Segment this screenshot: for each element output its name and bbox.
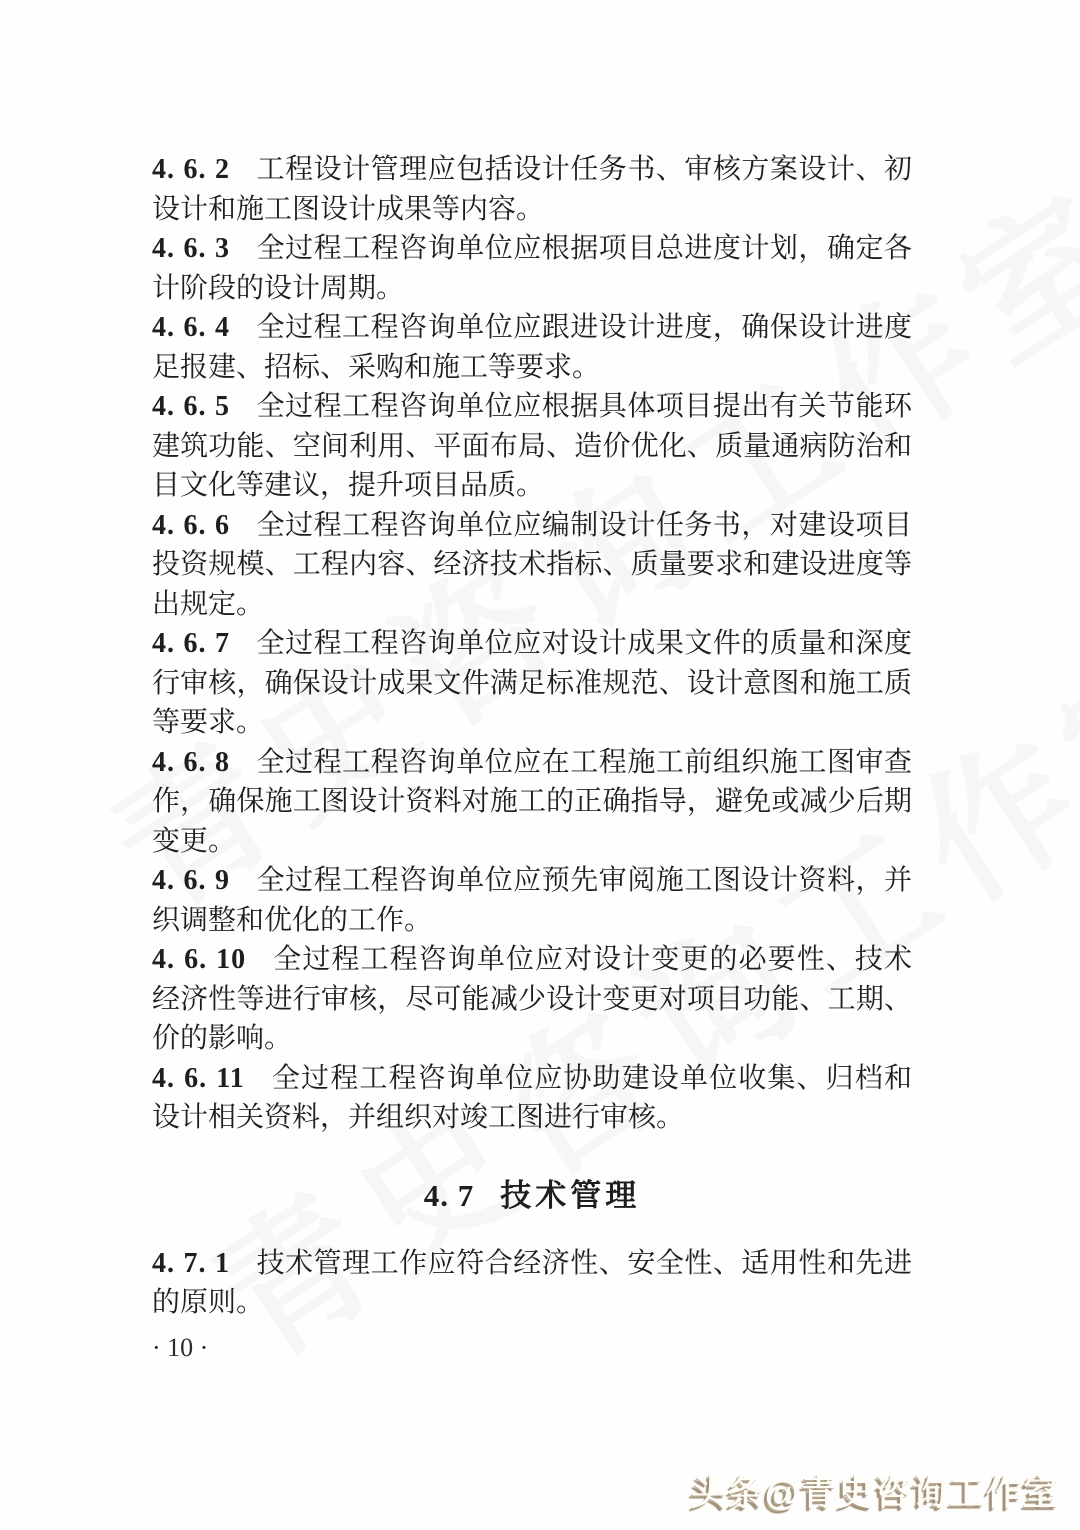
clause-number: 4. 6. 4 [152,312,256,343]
clause-4-6-10: 4. 6. 10全过程工程咨询单位应对设计变更的必要性、技术性、经济性等进行审核… [152,940,912,1059]
clause-line: 价的影响。 [152,1019,912,1059]
clause-line: 出规定。 [152,585,912,625]
clause-number: 4. 6. 9 [152,865,256,896]
clause-line: 4. 6. 10全过程工程咨询单位应对设计变更的必要性、技术性、 [152,940,912,980]
section-title: 技术管理 [500,1178,640,1213]
clause-number: 4. 6. 5 [152,391,256,422]
clause-line: 4. 6. 7全过程工程咨询单位应对设计成果文件的质量和深度进 [152,624,912,664]
clause-line: 等要求。 [152,703,912,743]
clause-number: 4. 6. 3 [152,233,256,264]
clause-line: 4. 6. 6全过程工程咨询单位应编制设计任务书，对建设项目的 [152,506,912,546]
clause-number: 4. 6. 10 [152,944,272,975]
document-body: 4. 6. 2工程设计管理应包括设计任务书、审核方案设计、初步设计和施工图设计成… [152,150,912,1363]
section-number: 4. 7 [424,1178,475,1213]
clause-line: 4. 7. 1技术管理工作应符合经济性、安全性、适用性和先进性 [152,1244,912,1284]
clause-line: 设计相关资料，并组织对竣工图进行审核。 [152,1098,912,1138]
clause-number: 4. 6. 8 [152,747,256,778]
clause-line: 经济性等进行审核，尽可能减少设计变更对项目功能、工期、造 [152,980,912,1020]
clause-line: 4. 6. 11全过程工程咨询单位应协助建设单位收集、归档和储存 [152,1059,912,1099]
clause-line: 计阶段的设计周期。 [152,269,912,309]
section-heading: 4. 7技术管理 [152,1174,912,1218]
clause-4-6-6: 4. 6. 6全过程工程咨询单位应编制设计任务书，对建设项目的投资规模、工程内容… [152,506,912,625]
clause-number: 4. 7. 1 [152,1248,256,1279]
clause-4-6-9: 4. 6. 9全过程工程咨询单位应预先审阅施工图设计资料，并组织调整和优化的工作… [152,861,912,940]
clause-line: 4. 6. 8全过程工程咨询单位应在工程施工前组织施工图审查工 [152,743,912,783]
clause-line: 4. 6. 9全过程工程咨询单位应预先审阅施工图设计资料，并组 [152,861,912,901]
clause-4-6-5: 4. 6. 5全过程工程咨询单位应根据具体项目提出有关节能环保、建筑功能、空间利… [152,387,912,506]
clause-line: 4. 6. 4全过程工程咨询单位应跟进设计进度，确保设计进度满 [152,308,912,348]
clause-line: 行审核，确保设计成果文件满足标准规范、设计意图和施工质量 [152,664,912,704]
clause-line: 足报建、招标、采购和施工等要求。 [152,348,912,388]
clause-line: 4. 6. 2工程设计管理应包括设计任务书、审核方案设计、初步 [152,150,912,190]
clause-number: 4. 6. 2 [152,154,256,185]
document-page: 青史咨询工作室 青史咨询工作室 4. 6. 2工程设计管理应包括设计任务书、审核… [0,0,1080,1530]
clause-line: 织调整和优化的工作。 [152,901,912,941]
clause-line: 设计和施工图设计成果等内容。 [152,190,912,230]
clause-4-6-11: 4. 6. 11全过程工程咨询单位应协助建设单位收集、归档和储存设计相关资料，并… [152,1059,912,1138]
clause-line: 的原则。 [152,1283,912,1323]
clause-line: 4. 6. 5全过程工程咨询单位应根据具体项目提出有关节能环保、 [152,387,912,427]
clause-line: 投资规模、工程内容、经济技术指标、质量要求和建设进度等做 [152,545,912,585]
clause-line: 目文化等建议，提升项目品质。 [152,466,912,506]
clause-4-6-3: 4. 6. 3全过程工程咨询单位应根据项目总进度计划，确定各设计阶段的设计周期。 [152,229,912,308]
clause-4-6-4: 4. 6. 4全过程工程咨询单位应跟进设计进度，确保设计进度满足报建、招标、采购… [152,308,912,387]
clause-line: 4. 6. 3全过程工程咨询单位应根据项目总进度计划，确定各设 [152,229,912,269]
clause-4-6-8: 4. 6. 8全过程工程咨询单位应在工程施工前组织施工图审查工作，确保施工图设计… [152,743,912,862]
clause-4-6-7: 4. 6. 7全过程工程咨询单位应对设计成果文件的质量和深度进行审核，确保设计成… [152,624,912,743]
clause-4-7-1: 4. 7. 1技术管理工作应符合经济性、安全性、适用性和先进性的原则。 [152,1244,912,1323]
clause-number: 4. 6. 11 [152,1063,271,1094]
clause-4-6-2: 4. 6. 2工程设计管理应包括设计任务书、审核方案设计、初步设计和施工图设计成… [152,150,912,229]
clause-line: 变更。 [152,822,912,862]
corner-watermark: 头条@青史咨询工作室 [691,1466,1060,1516]
page-number: · 10 · [152,1333,912,1363]
clause-line: 建筑功能、空间利用、平面布局、造价优化、质量通病防治和项 [152,427,912,467]
clause-number: 4. 6. 6 [152,510,256,541]
clause-number: 4. 6. 7 [152,628,256,659]
clause-line: 作，确保施工图设计资料对施工的正确指导，避免或减少后期 [152,782,912,822]
